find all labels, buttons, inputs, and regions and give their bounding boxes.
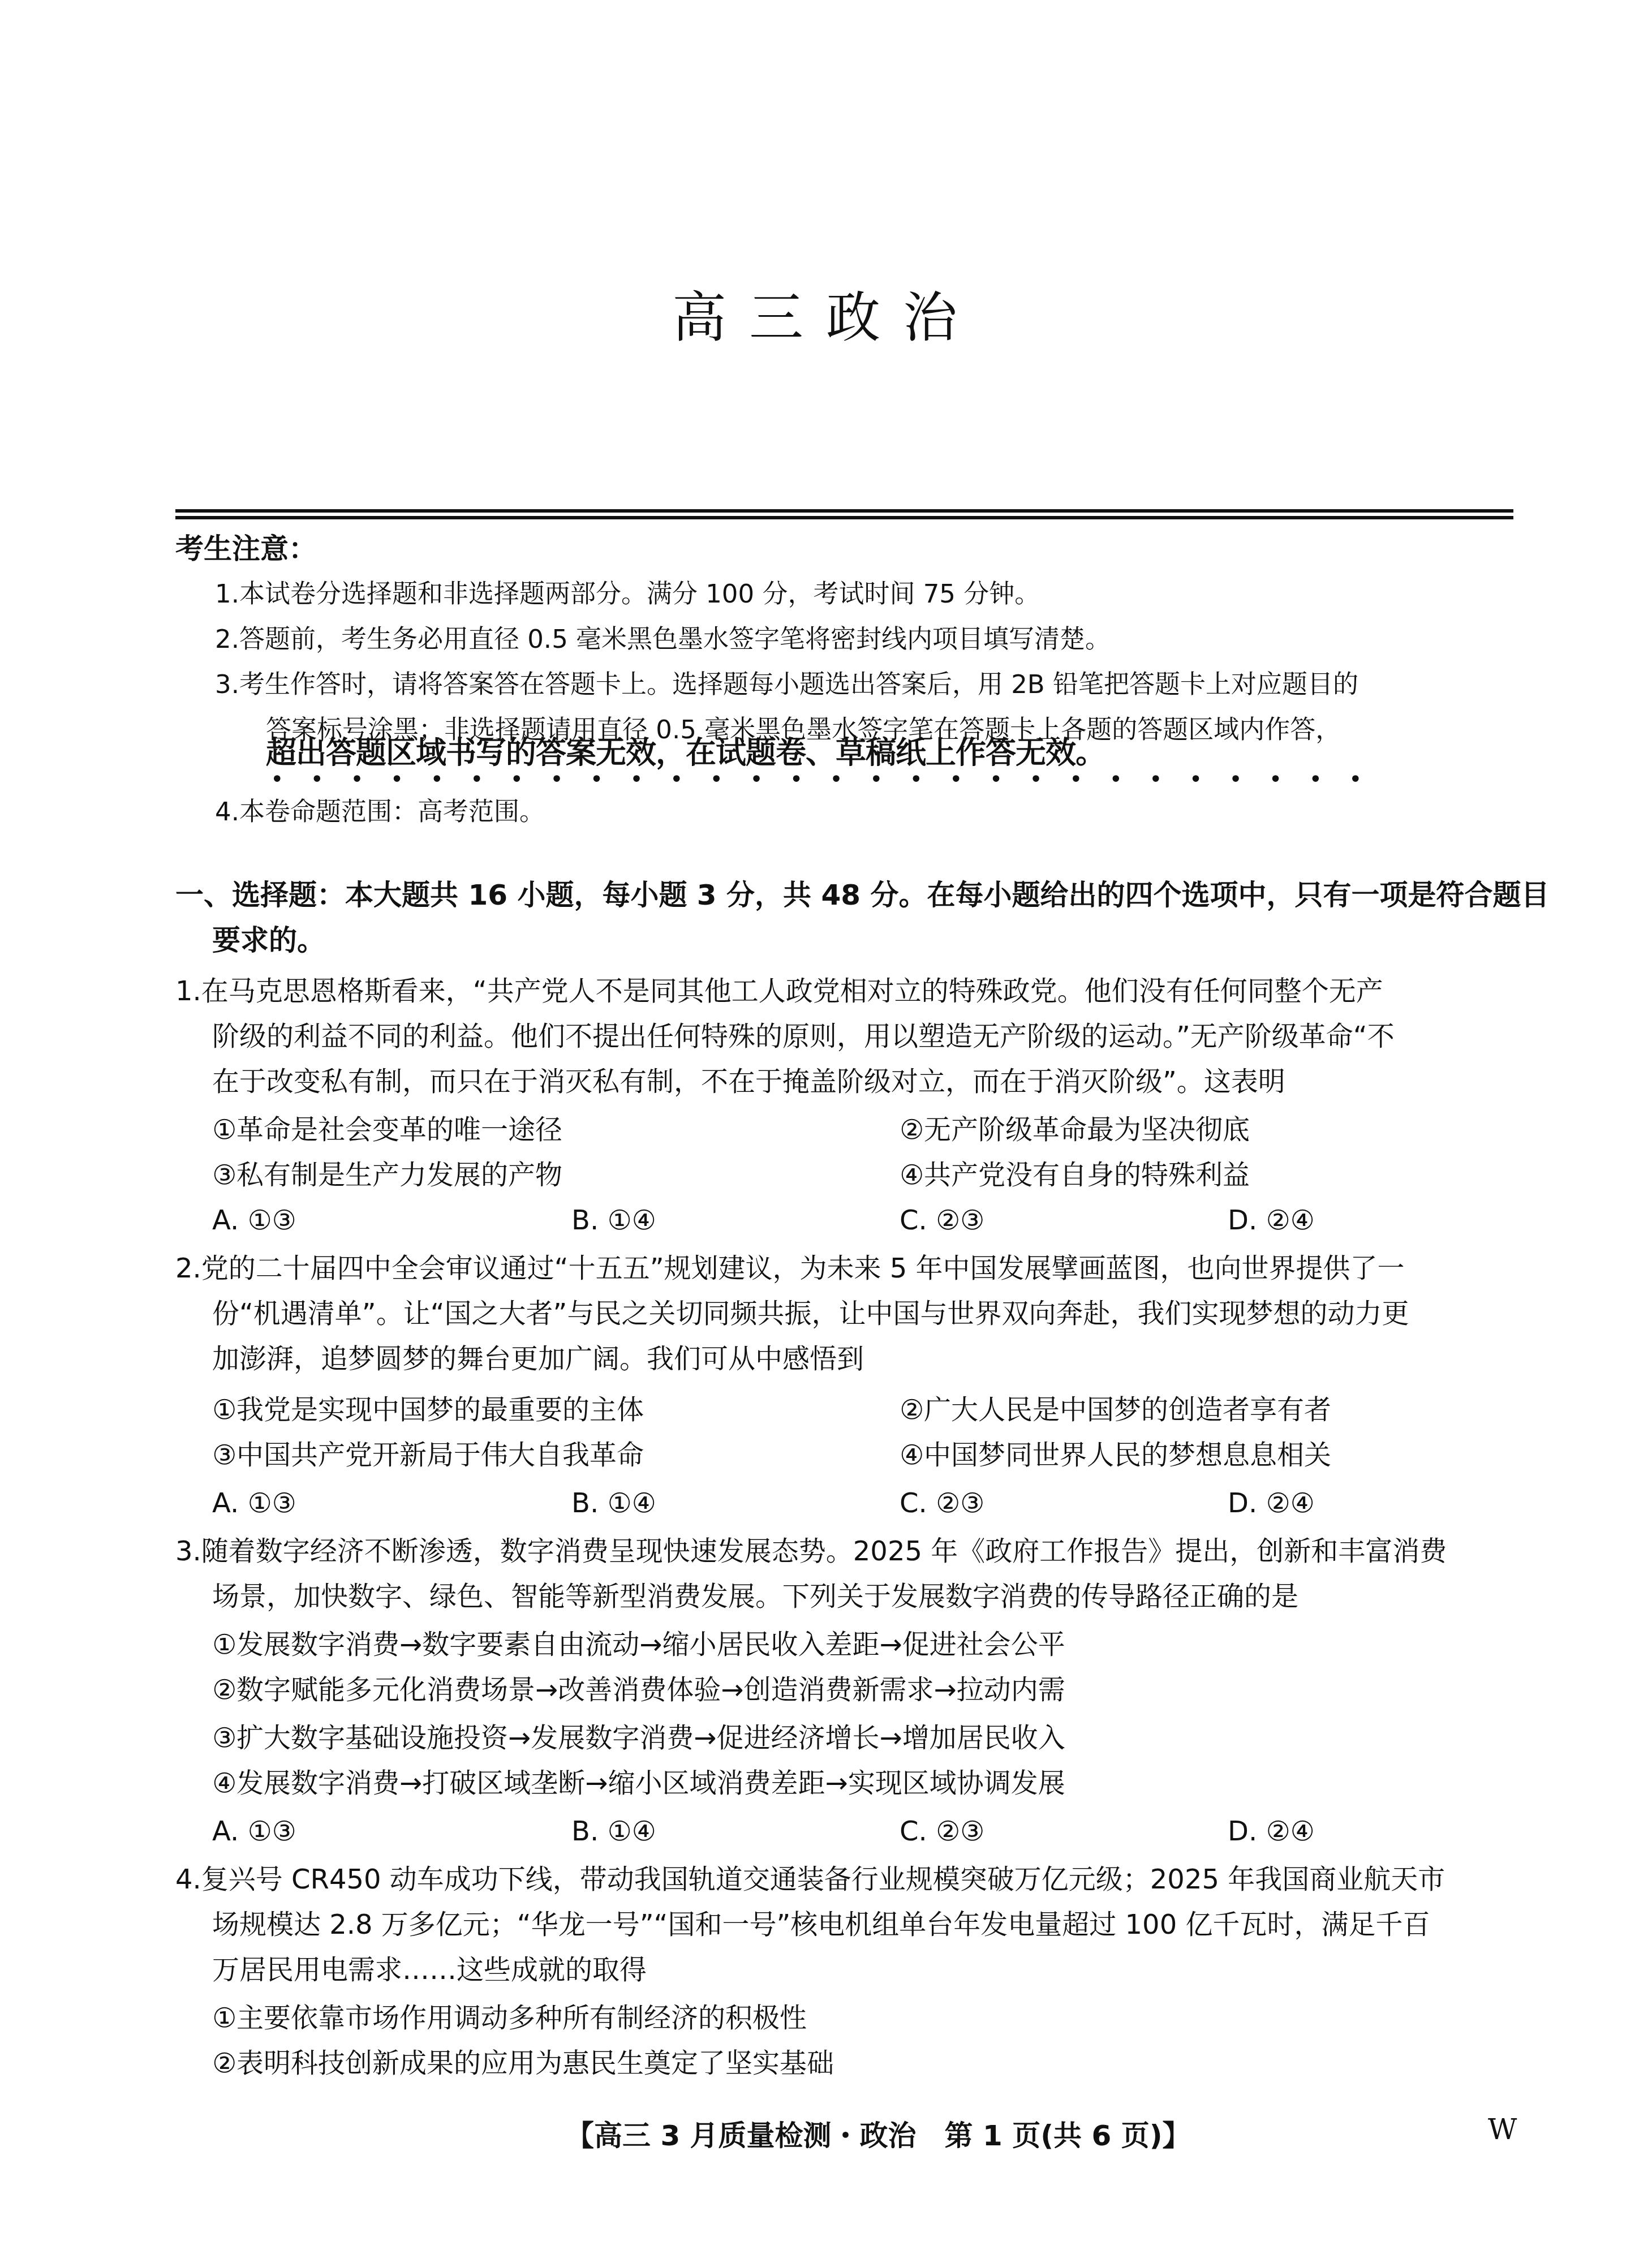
option-c[interactable]: C. ②③ xyxy=(900,1808,984,1855)
option-a[interactable]: A. ①③ xyxy=(212,1479,296,1527)
statement-3: ③中国共产党开新局于伟大自我革命 xyxy=(212,1431,644,1479)
question-text: 份“机遇清单”。让“国之大者”与民之关切同频共振，让中国与世界双向奔赴，我们实现… xyxy=(212,1290,1409,1337)
statement-1: ①主要依靠市场作用调动多种所有制经济的积极性 xyxy=(212,1994,807,2042)
statement-1: ①发展数字消费→数字要素自由流动→缩小居民收入差距→促进社会公平 xyxy=(212,1621,1065,1668)
question-text: 场景，加快数字、绿色、智能等新型消费发展。下列关于发展数字消费的传导路径正确的是 xyxy=(212,1573,1298,1620)
option-d[interactable]: D. ②④ xyxy=(1228,1197,1315,1244)
notice-heading: 考生注意： xyxy=(175,526,317,567)
question-text: 万居民用电需求……这些成就的取得 xyxy=(212,1946,647,1994)
statement-3: ③私有制是生产力发展的产物 xyxy=(212,1151,562,1199)
question-text: 1.在马克思恩格斯看来，“共产党人不是同其他工人政党相对立的特殊政党。他们没有任… xyxy=(175,967,1383,1015)
section-heading: 一、选择题：本大题共 16 小题，每小题 3 分，共 48 分。在每小题给出的四… xyxy=(175,871,1549,919)
question-text: 3.随着数字经济不断渗透，数字消费呈现快速发展态势。2025 年《政府工作报告》… xyxy=(175,1528,1447,1575)
header-double-rule xyxy=(175,509,1513,519)
page-footer: 【高三 3 月质量检测・政治 第 1 页(共 6 页)】 xyxy=(566,2113,1191,2154)
question-text: 阶级的利益不同的利益。他们不提出任何特殊的原则，用以塑造无产阶级的运动。”无产阶… xyxy=(212,1013,1395,1060)
statement-2: ②表明科技创新成果的应用为惠民生奠定了坚实基础 xyxy=(212,2040,834,2087)
statement-4: ④发展数字消费→打破区域垄断→缩小区域消费差距→实现区域协调发展 xyxy=(212,1759,1065,1807)
question-text: 加澎湃，追梦圆梦的舞台更加广阔。我们可从中感悟到 xyxy=(212,1335,864,1383)
statement-2: ②广大人民是中国梦的创造者享有者 xyxy=(900,1386,1331,1434)
option-b[interactable]: B. ①④ xyxy=(571,1808,656,1855)
question-text: 4.复兴号 CR450 动车成功下线，带动我国轨道交通装备行业规模突破万亿元级；… xyxy=(175,1856,1445,1903)
section-heading-cont: 要求的。 xyxy=(212,917,325,964)
notice-item-4: 4.本卷命题范围：高考范围。 xyxy=(215,789,545,834)
statement-2: ②无产阶级革命最为坚决彻底 xyxy=(900,1106,1250,1154)
option-a[interactable]: A. ①③ xyxy=(212,1197,296,1244)
page-title: 高三政治 xyxy=(0,274,1652,352)
statement-3: ③扩大数字基础设施投资→发展数字消费→促进经济增长→增加居民收入 xyxy=(212,1714,1065,1762)
statement-1: ①革命是社会变革的唯一途径 xyxy=(212,1106,562,1154)
option-c[interactable]: C. ②③ xyxy=(900,1197,984,1244)
notice-item-1: 1.本试卷分选择题和非选择题两部分。满分 100 分，考试时间 75 分钟。 xyxy=(215,571,1040,617)
notice-item-2: 2.答题前，考生务必用直径 0.5 毫米黑色墨水签字笔将密封线内项目填写清楚。 xyxy=(215,617,1111,662)
statement-2: ②数字赋能多元化消费场景→改善消费体验→创造消费新需求→拉动内需 xyxy=(212,1666,1065,1714)
statement-1: ①我党是实现中国梦的最重要的主体 xyxy=(212,1386,644,1434)
footer-mark: W xyxy=(1488,2113,1517,2146)
notice-emphasis: 超出答题区域书写的答案无效，在试题卷、草稿纸上作答无效。 xyxy=(266,729,1105,772)
emphasis-dots: •••••••••••••••••••••••••••• xyxy=(270,774,1389,785)
question-text: 在于改变私有制，而只在于消灭私有制，不在于掩盖阶级对立，而在于消灭阶级”。这表明 xyxy=(212,1058,1285,1105)
notice-item-3: 3.考生作答时，请将答案答在答题卡上。选择题每小题选出答案后，用 2B 铅笔把答… xyxy=(215,662,1358,707)
option-b[interactable]: B. ①④ xyxy=(571,1479,656,1527)
option-b[interactable]: B. ①④ xyxy=(571,1197,656,1244)
question-text: 场规模达 2.8 万多亿元；“华龙一号”“国和一号”核电机组单台年发电量超过 1… xyxy=(212,1901,1430,1948)
statement-4: ④中国梦同世界人民的梦想息息相关 xyxy=(900,1431,1331,1479)
statement-4: ④共产党没有自身的特殊利益 xyxy=(900,1151,1250,1199)
option-a[interactable]: A. ①③ xyxy=(212,1808,296,1855)
option-c[interactable]: C. ②③ xyxy=(900,1479,984,1527)
question-text: 2.党的二十届四中全会审议通过“十五五”规划建议，为未来 5 年中国发展擘画蓝图… xyxy=(175,1245,1405,1292)
option-d[interactable]: D. ②④ xyxy=(1228,1479,1315,1527)
option-d[interactable]: D. ②④ xyxy=(1228,1808,1315,1855)
